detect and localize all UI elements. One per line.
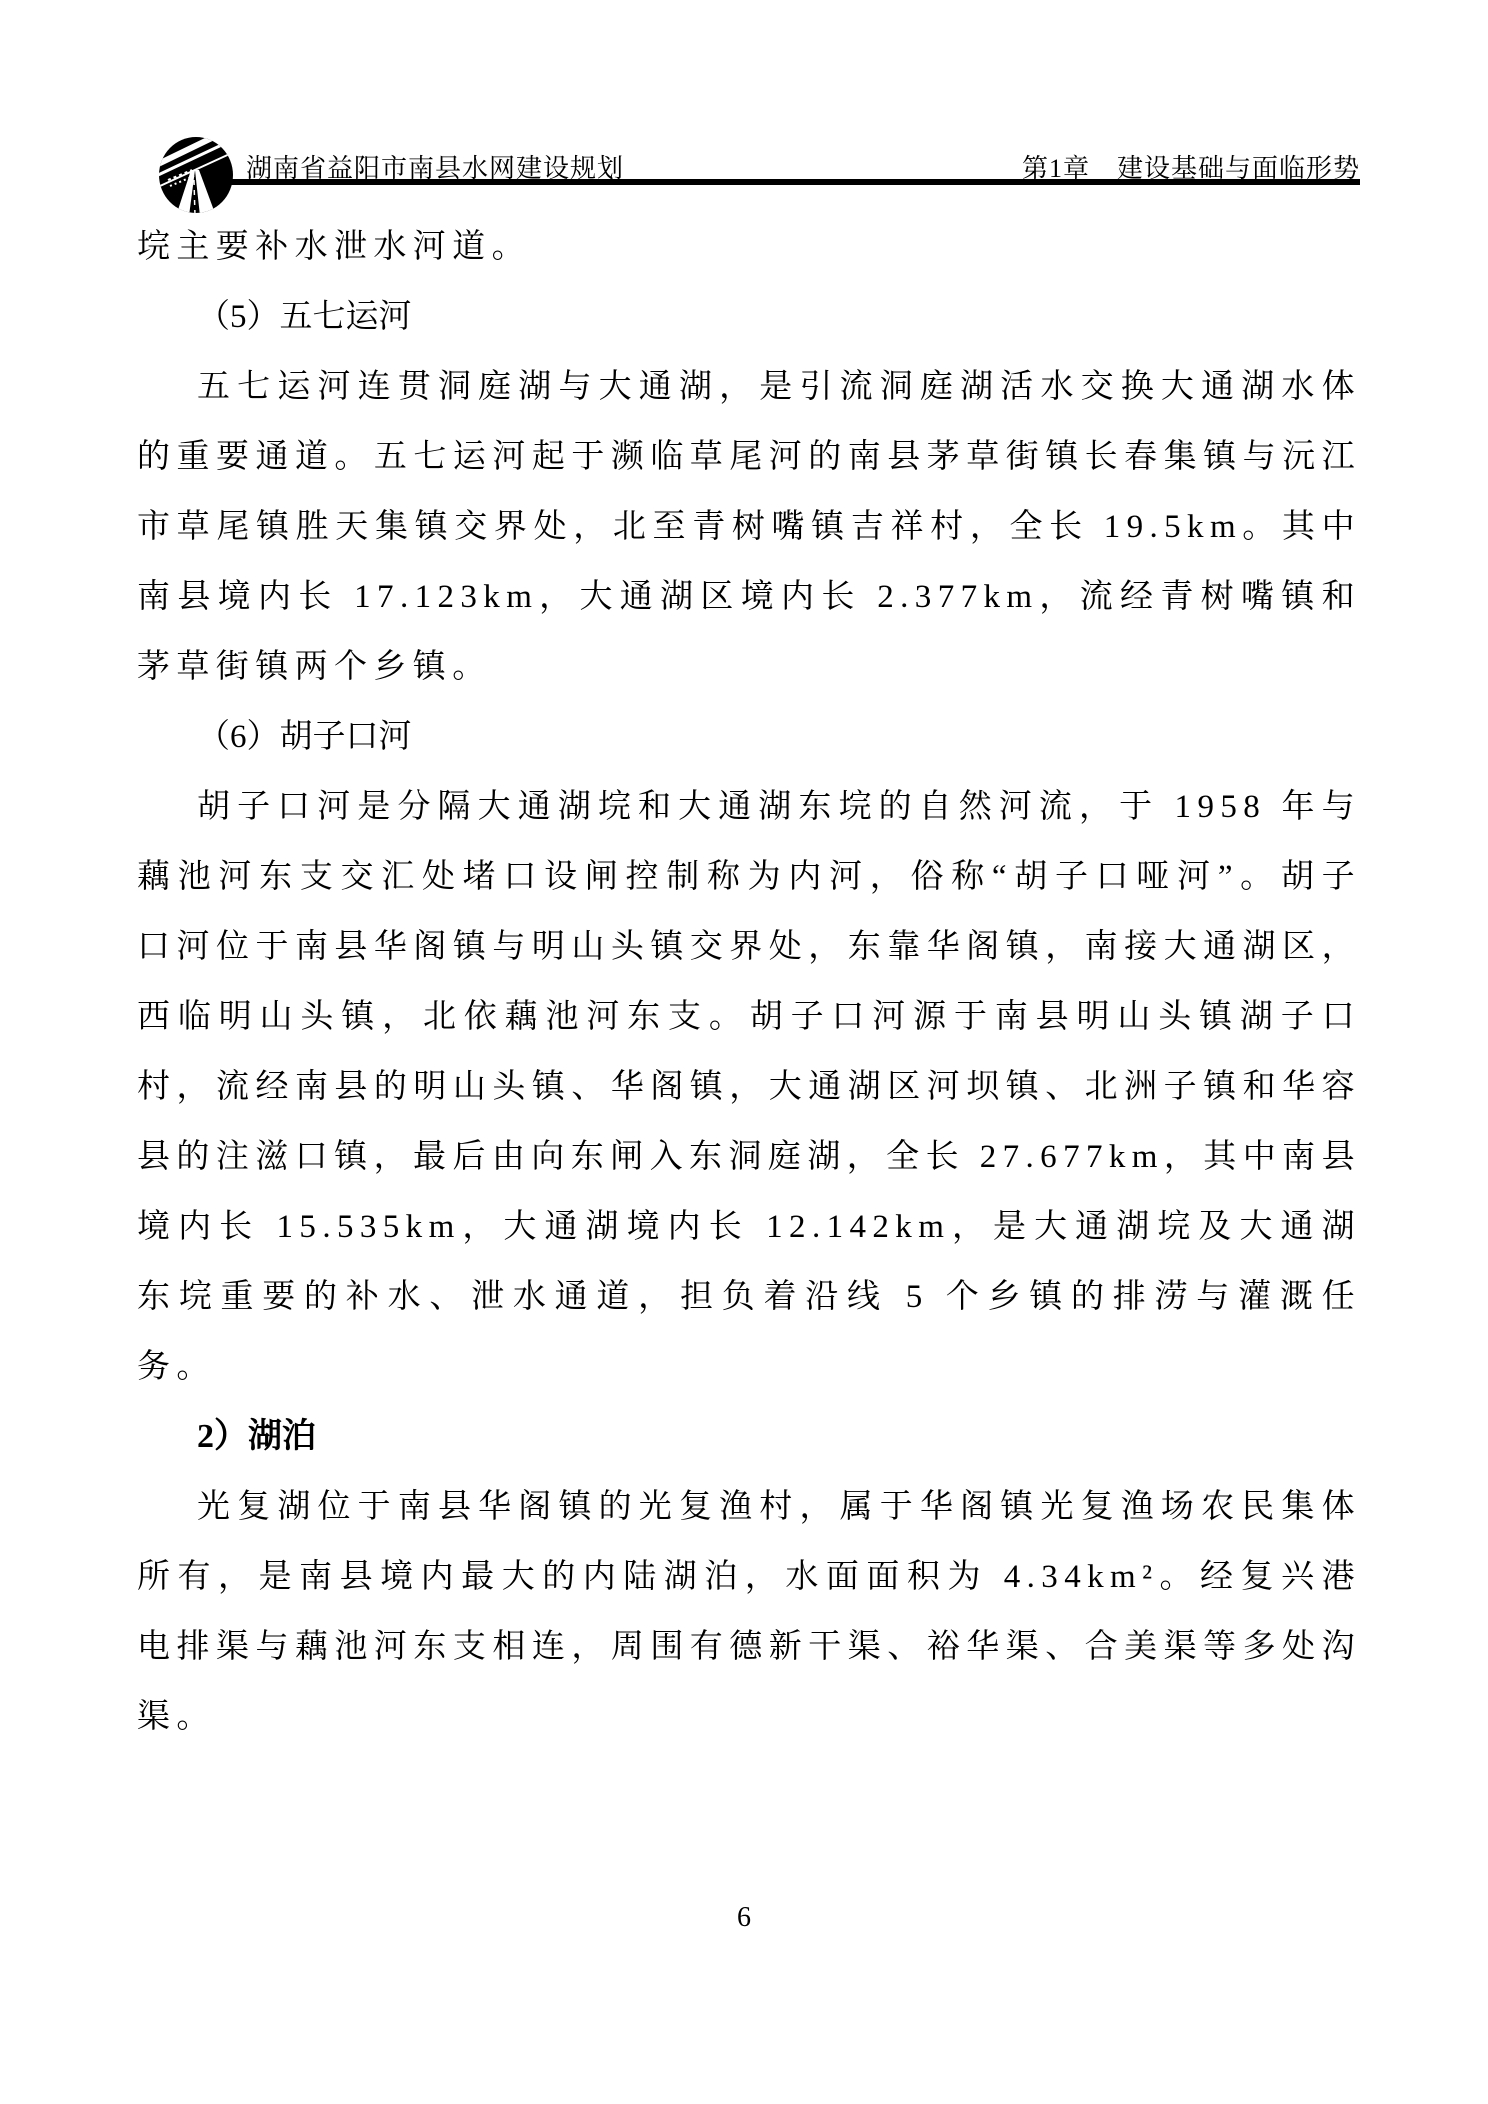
paragraph-wuqi-canal: 五七运河连贯洞庭湖与大通湖，是引流洞庭湖活水交换大通湖水体的重要通道。五七运河起… — [137, 352, 1361, 702]
road-bridge-logo-icon — [158, 136, 234, 214]
paragraph-guangfu-lake: 光复湖位于南县华阁镇的光复渔村，属于华阁镇光复渔场农民集体所有，是南县境内最大的… — [137, 1472, 1361, 1752]
subheading-wuqi-canal: （5）五七运河 — [137, 282, 1361, 352]
subheading-lakes: 2）湖泊 — [137, 1402, 1361, 1472]
page-number: 6 — [737, 1902, 751, 1933]
subheading-huzikou-river: （6）胡子口河 — [137, 702, 1361, 772]
paragraph-continuation: 垸主要补水泄水河道。 — [137, 212, 1361, 282]
paragraph-huzikou-river: 胡子口河是分隔大通湖垸和大通湖东垸的自然河流，于 1958 年与藕池河东支交汇处… — [137, 772, 1361, 1402]
document-body: 垸主要补水泄水河道。 （5）五七运河 五七运河连贯洞庭湖与大通湖，是引流洞庭湖活… — [137, 212, 1361, 1752]
document-page: 湖南省益阳市南县水网建设规划 第1章 建设基础与面临形势 垸主要补水泄水河道。 … — [0, 0, 1488, 2104]
page-footer: 6 — [0, 1902, 1488, 1934]
header-rule — [164, 179, 1360, 185]
